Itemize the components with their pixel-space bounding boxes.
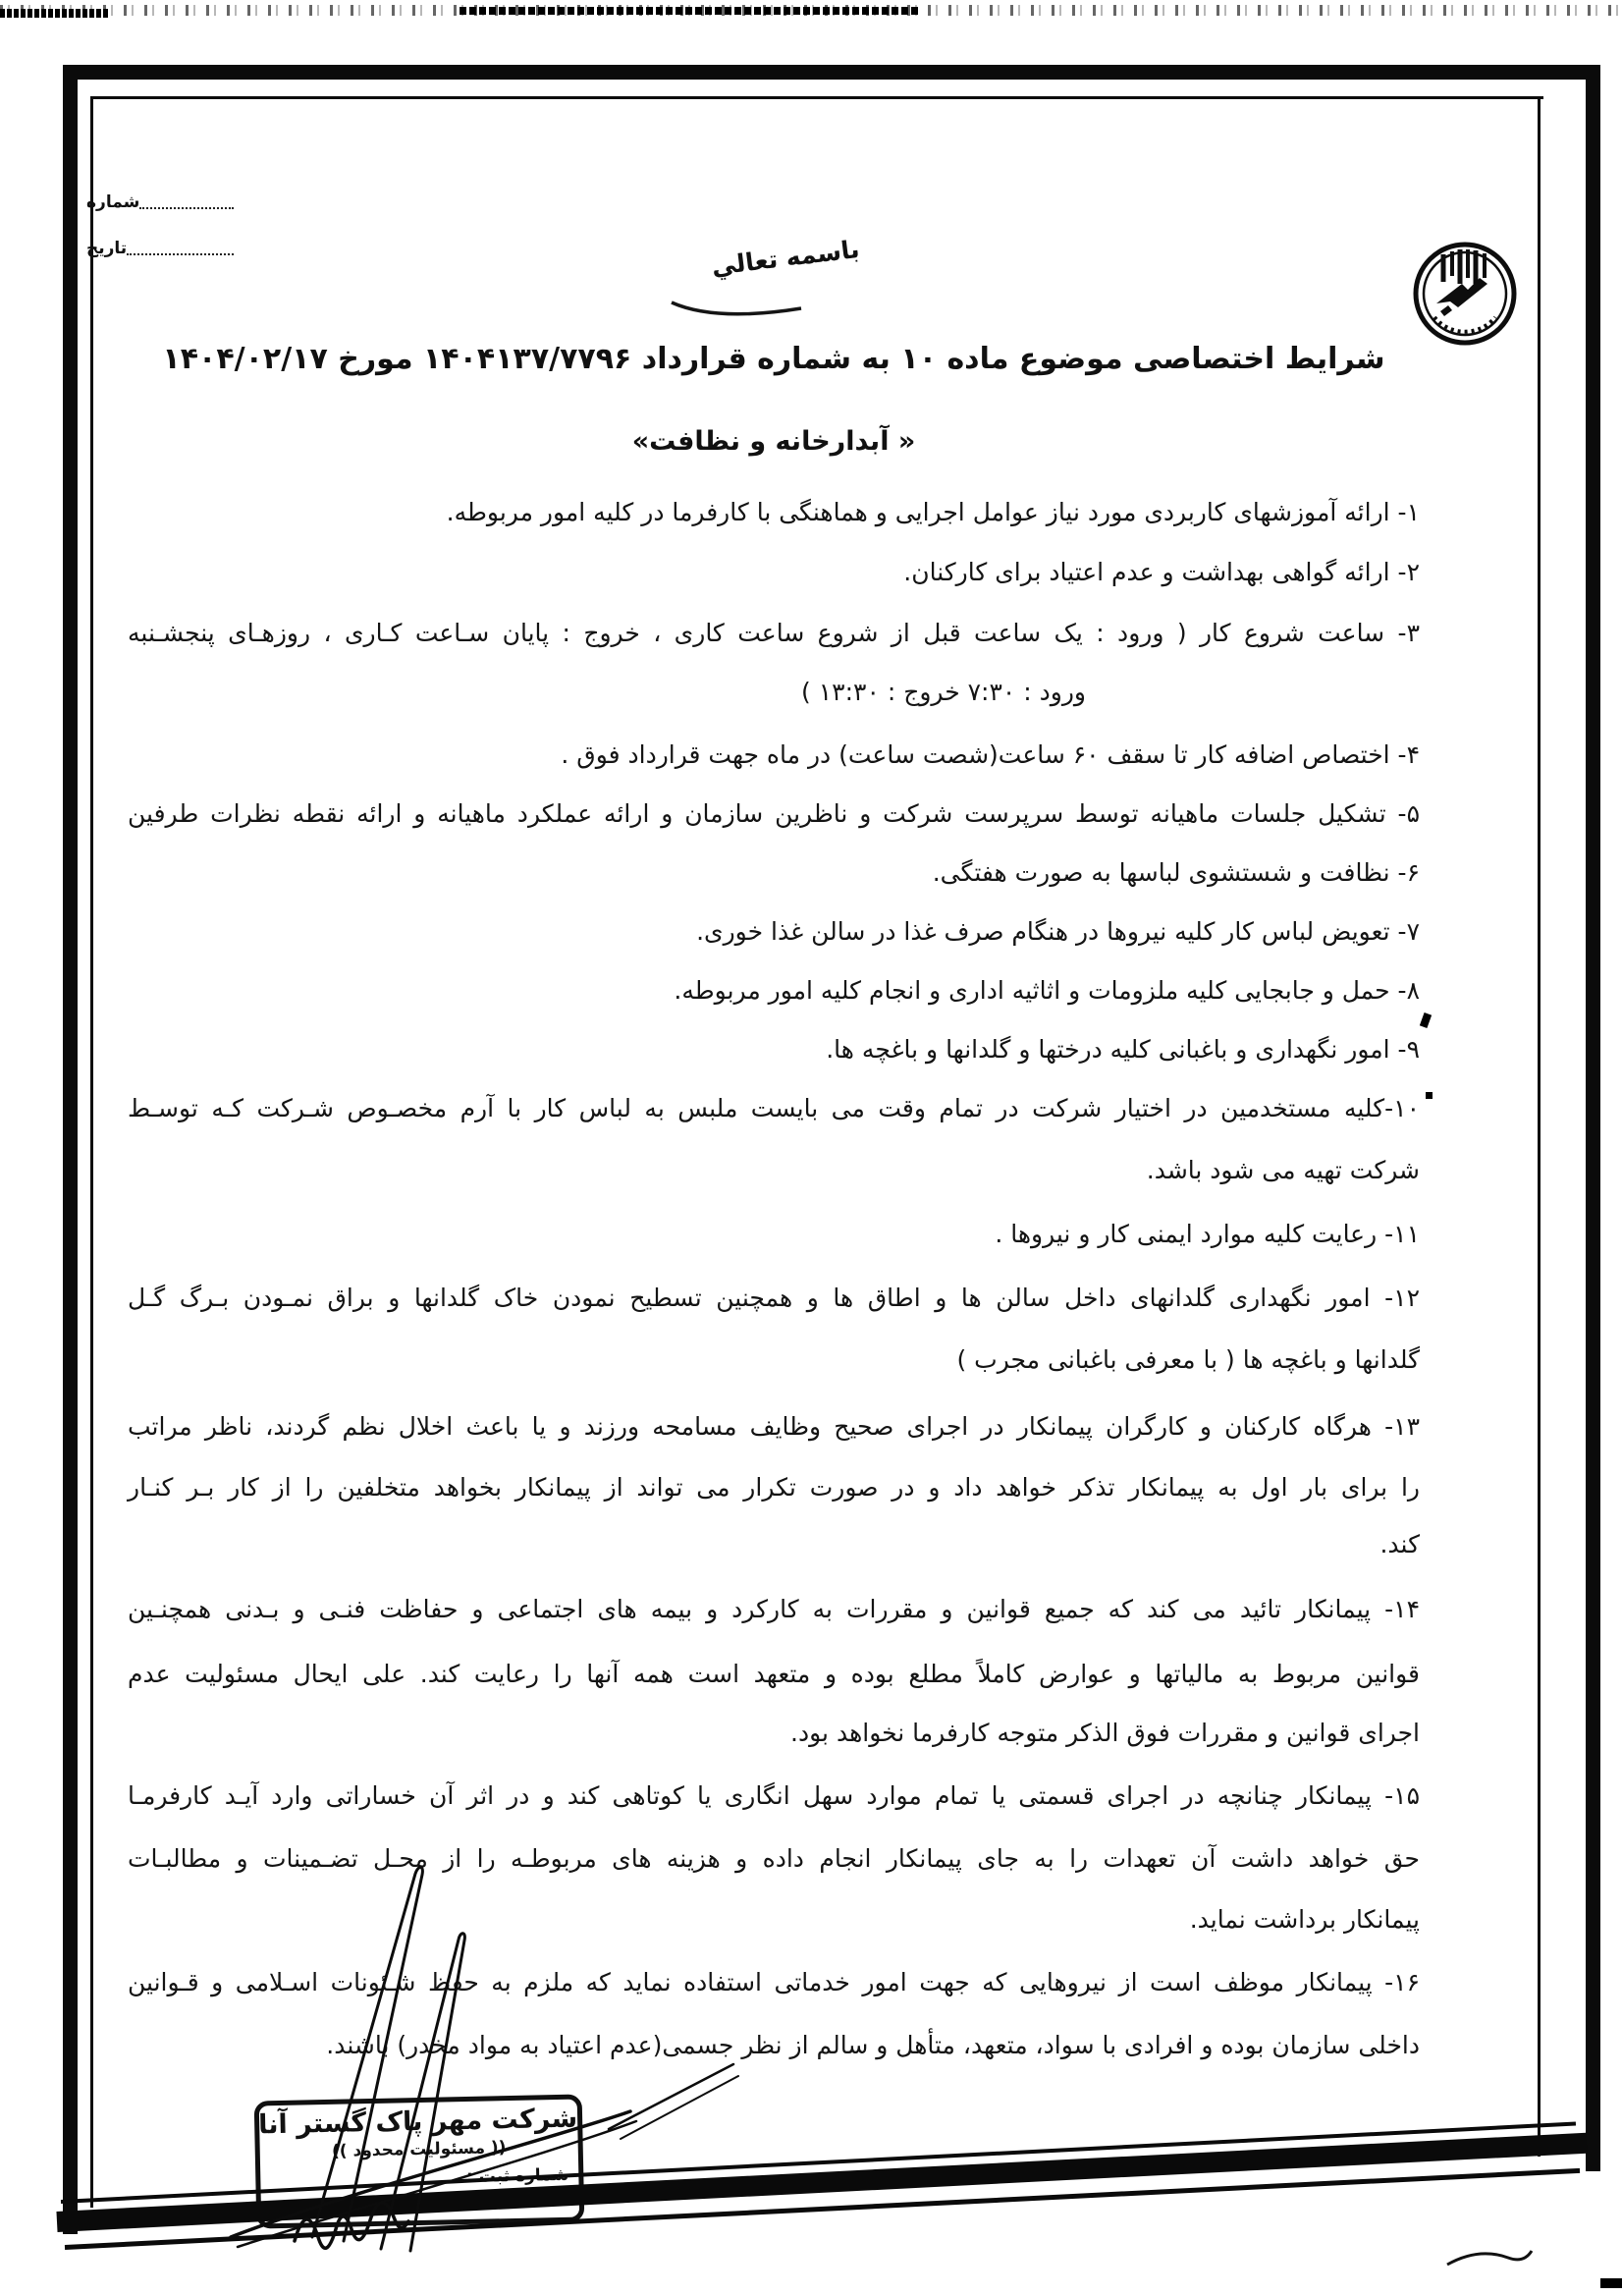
stamp-company-name: شرکت مهر پاک گستر آنا	[259, 2104, 578, 2141]
document-line: ۱۶- پیمانکار موظف است از نیروهایی که جهت…	[128, 1966, 1420, 2005]
letterhead-date-row: تاریخ	[86, 239, 236, 258]
document-line: ۱- ارائه آموزشهای کاربردی مورد نیاز عوام…	[128, 496, 1420, 529]
document-line: کند.	[128, 1528, 1420, 1561]
document-line: را برای بار اول به پیمانکار تذکر خواهد د…	[128, 1471, 1420, 1510]
letterhead-number-row: شماره	[86, 192, 236, 212]
document-line: ورود : ۷:۳۰ خروج : ۱۳:۳۰ )	[128, 676, 1420, 709]
document-line: قوانین مربوط به مالیاتها و عوارض کاملاً …	[128, 1658, 1420, 1697]
document-line: ۱۲- امور نگهداری گلدانهای داخل سالن ها و…	[128, 1282, 1420, 1321]
date-label: تاریخ	[86, 239, 127, 258]
document-line: ۸- حمل و جابجایی کلیه ملزومات و اثاثیه ا…	[128, 974, 1420, 1008]
scan-noise-strip	[0, 9, 108, 18]
document-line: گلدانها و باغچه ها ( با معرفی باغبانی مج…	[128, 1343, 1420, 1377]
document-line: ۱۱- رعایت کلیه موارد ایمنی کار و نیروها …	[128, 1218, 1420, 1251]
document-line: داخلی سازمان بوده و افرادی با سواد، متعه…	[128, 2029, 1420, 2062]
scan-noise-strip	[460, 7, 921, 15]
organization-seal-icon	[1411, 239, 1519, 349]
document-line: حق خواهد داشت آن تعهدات را به جای پیمانک…	[128, 1842, 1420, 1882]
document-subtitle: « آبدارخانه و نظافت»	[128, 426, 1420, 457]
document-line: ۲- ارائه گواهی بهداشت و عدم اعتیاد برای …	[128, 556, 1420, 589]
dotted-leader	[139, 206, 234, 209]
document-title: شرایط اختصاصی موضوع ماده ۱۰ به شماره قرا…	[128, 342, 1420, 376]
page-border-inner-line	[1538, 96, 1541, 2157]
stamp-liability-type: (( مسئولیت محدود ))	[260, 2137, 578, 2163]
document-line: ۵- تشکیل جلسات ماهیانه توسط سرپرست شرکت …	[128, 797, 1420, 837]
scan-squiggle	[1441, 2241, 1540, 2274]
bismillah-tail-stroke	[664, 295, 811, 320]
scan-speck	[1600, 2278, 1622, 2288]
dotted-leader	[127, 252, 234, 255]
scanned-contract-page: شماره تاریخ باسمه تعالي شرایط اختصاصی مو…	[0, 0, 1622, 2296]
document-line: ۷- تعویض لباس کار کلیه نیروها در هنگام ص…	[128, 915, 1420, 949]
document-line: ۴- اختصاص اضافه کار تا سقف ۶۰ ساعت(شصت س…	[128, 738, 1420, 772]
document-line: پیمانکار برداشت نماید.	[128, 1903, 1420, 1937]
number-label: شماره	[86, 192, 139, 212]
document-line: ۹- امور نگهداری و باغبانی کلیه درختها و …	[128, 1033, 1420, 1066]
document-line: ۶- نظافت و شستشوی لباسها به صورت هفتگی.	[128, 856, 1420, 890]
document-line: ۳- ساعت شروع کار ( ورود : یک ساعت قبل از…	[128, 617, 1420, 656]
document-line: ۱۳- هرگاه کارکنان و کارگران پیمانکار در …	[128, 1410, 1420, 1449]
document-line: ۱۴- پیمانکار تائید می کند که جمیع قوانین…	[128, 1593, 1420, 1632]
document-line: ۱۰-کلیه مستخدمین در اختیار شرکت در تمام …	[128, 1092, 1420, 1131]
page-border-inner-line	[90, 96, 93, 2208]
document-line: اجرای قوانین و مقررات فوق الذکر متوجه کا…	[128, 1717, 1420, 1750]
page-border-inner-line	[92, 96, 1543, 99]
document-line: ۱۵- پیمانکار چنانچه در اجرای قسمتی یا تم…	[128, 1779, 1420, 1819]
document-line: شرکت تهیه می شود باشد.	[128, 1154, 1420, 1187]
